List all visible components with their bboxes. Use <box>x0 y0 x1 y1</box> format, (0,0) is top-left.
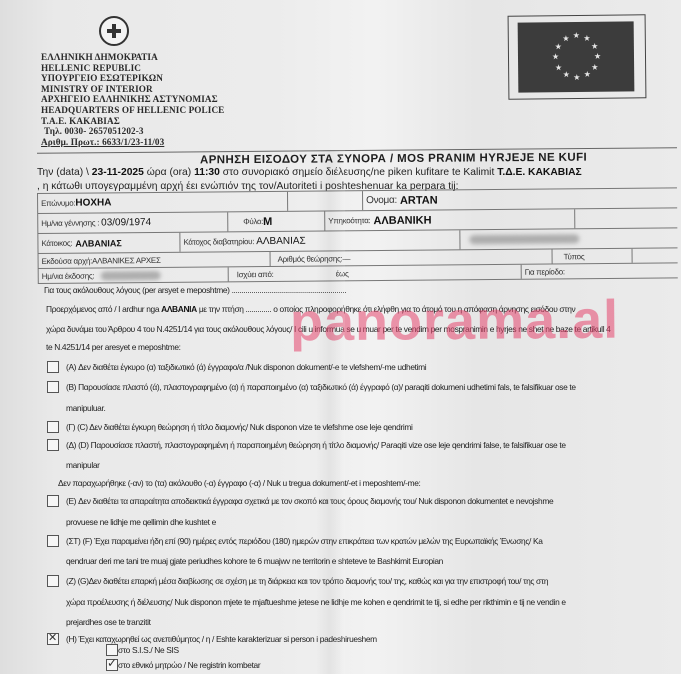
issuing-authority-label: Εκδούσα αρχή: <box>42 256 93 265</box>
surname-cell: Επώνυμο: HOXHA <box>37 192 287 213</box>
passport-holder-value: ΑΛΒΑΝΙΑΣ <box>256 236 306 247</box>
valid-from-label: Ισχύει από: <box>237 269 274 278</box>
reason-g-checkbox[interactable] <box>47 575 59 587</box>
reason-f-checkbox[interactable] <box>47 535 59 547</box>
reasons-paragraph-3: te N.4251/14 per aresyet e meposhtme: <box>46 342 181 352</box>
star-icon: ★ <box>584 71 591 79</box>
location-value: Τ.Δ.Ε. ΚΑΚΑΒΙΑΣ <box>497 167 582 178</box>
date-label: Την (data) \ <box>37 167 89 178</box>
header-line: HEADQUARTERS OF HELLENIC POLICE <box>41 105 224 116</box>
type-label: Τύπος <box>564 252 585 261</box>
header-line: MINISTRY OF INTERIOR <box>41 84 224 95</box>
reference-number: Αριθμ. Πρωτ.: 6633/1/23-11/03 <box>41 137 224 148</box>
reason-e-text: provuese ne lidhje me qellimin dhe kusht… <box>66 517 216 527</box>
name-label: Ονομα: <box>366 195 397 206</box>
issue-date-label: Ημ/νια έκδοσης: <box>42 271 95 280</box>
header-line: ΑΡΧΗΓΕΙΟ ΕΛΛΗΝΙΚΗΣ ΑΣΤΥΝΟΜΙΑΣ <box>41 94 224 105</box>
star-icon: ★ <box>562 35 569 43</box>
period-cell: Για περίοδο: <box>521 263 678 278</box>
eu-flag-frame: ★★★★★★★★★★★★ <box>508 14 647 99</box>
type-cell: Τύπος <box>552 249 632 264</box>
star-icon: ★ <box>594 53 601 61</box>
header-line: ΥΠΟΥΡΓΕΙΟ ΕΣΩΤΕΡΙΚΩΝ <box>41 73 224 84</box>
phone-number: Τηλ. 0030- 2657051202-3 <box>41 126 224 137</box>
star-icon: ★ <box>563 71 570 79</box>
reason-h-checkbox[interactable] <box>47 633 59 645</box>
document-title: ΑΡΝΗΣΗ ΕΙΣΟΔΟΥ ΣΤΑ ΣΥΝΟΡΑ / MOS PRANIM H… <box>200 152 587 167</box>
issuer-header: ΕΛΛΗΝΙΚΗ ΔΗΜΟΚΡΑΤΙΑ HELLENIC REPUBLIC ΥΠ… <box>41 52 224 147</box>
national-registry-checkbox[interactable] <box>106 659 118 671</box>
reason-e-checkbox[interactable] <box>47 495 59 507</box>
resident-cell: Κάτοικος: ΑΛΒΑΝΙΑΣ <box>37 233 179 253</box>
redacted-field <box>469 234 579 244</box>
eu-flag-icon: ★★★★★★★★★★★★ <box>518 21 635 92</box>
location-label: στο συνοριακό σημείο διέλευσης/ne piken … <box>223 167 495 178</box>
sex-cell: Φύλο: M <box>227 211 324 231</box>
date-value: 23-11-2025 <box>92 167 144 178</box>
time-value: 11:30 <box>194 167 220 178</box>
star-icon: ★ <box>555 64 562 72</box>
time-label: ώρα (ora) <box>147 167 191 178</box>
dob-label: Ημ/νια γέννησης : <box>41 218 99 228</box>
issue-date-cell: Ημ/νια έκδοσης: <box>38 267 228 283</box>
reason-f-text: (ΣΤ) (F) Έχει παραμείνει ήδη επί (90) ημ… <box>66 536 543 546</box>
reason-a-text: (A) Δεν διαθέτει έγκυρο (α) ταξιδιωτικό … <box>66 362 426 372</box>
header-line: ΕΛΛΗΝΙΚΗ ΔΗΜΟΚΡΑΤΙΑ <box>41 52 224 63</box>
nationality-value: ΑΛΒΑΝΙΚΗ <box>373 214 431 227</box>
star-icon: ★ <box>552 53 559 61</box>
reason-c-text: (Γ) (C) Δεν διαθέτει έγκυρη θεώρηση ή τί… <box>66 422 413 432</box>
paper-fold-shadow <box>315 150 345 674</box>
reason-f-text: qendruar deri me tani tre muaj gjate per… <box>66 556 443 566</box>
name-value: ARTAN <box>400 194 438 206</box>
resident-label: Κάτοικος: <box>41 239 72 248</box>
reason-e-text: (E) Δεν διαθέτει τα απαραίτητα αποδεικτι… <box>66 496 553 506</box>
empty-cell <box>574 208 677 228</box>
document-page: ΕΛΛΗΝΙΚΗ ΔΗΜΟΚΡΑΤΙΑ HELLENIC REPUBLIC ΥΠ… <box>0 0 681 674</box>
issuing-authority-value: ΑΛΒΑΝΙΚΕΣ ΑΡΧΕΣ <box>92 255 161 265</box>
reason-a-checkbox[interactable] <box>47 361 59 373</box>
sex-value: M <box>263 215 272 227</box>
redacted-field <box>100 270 160 280</box>
star-icon: ★ <box>555 43 562 51</box>
sex-label: Φύλο: <box>243 217 263 226</box>
period-label: Για περίοδο: <box>525 267 565 276</box>
reason-d-checkbox[interactable] <box>47 439 59 451</box>
reason-b-checkbox[interactable] <box>47 381 59 393</box>
greek-coat-of-arms-icon <box>99 16 129 46</box>
reason-d-text: manipular <box>66 460 100 470</box>
origin-country: ΑΛΒΑΝΙΑ <box>161 304 197 314</box>
valid-from-cell: Ισχύει από: <box>228 267 308 282</box>
origin-label: Προερχόμενος από / I ardhur nga <box>46 304 159 314</box>
star-icon: ★ <box>583 35 590 43</box>
dob-cell: Ημ/νια γέννησης : 03/09/1974 <box>37 212 227 233</box>
surname-value: HOXHA <box>75 197 111 208</box>
star-icon: ★ <box>591 63 598 71</box>
passport-holder-label: Κάτοχος διαβατηρίου: <box>183 237 254 247</box>
empty-cell <box>632 248 678 262</box>
star-icon: ★ <box>573 74 580 82</box>
reason-b-text: manipuluar. <box>66 403 105 413</box>
sis-label: στο S.I.S./ Ne SIS <box>118 645 179 655</box>
national-registry-label: στο εθνικό μητρώο / Ne registrin kombeta… <box>118 660 260 670</box>
intro-line-1: Την (data) \ 23-11-2025 ώρα (ora) 11:30 … <box>37 167 582 178</box>
documents-note: Δεν παραχωρήθηκε (-αν) το (τα) ακόλουθο … <box>58 478 421 488</box>
reason-g-text: prejardhes ose te tranzitit <box>66 617 151 627</box>
resident-value: ΑΛΒΑΝΙΑΣ <box>75 238 121 248</box>
reason-c-checkbox[interactable] <box>47 421 59 433</box>
header-line: Τ.Α.Ε. ΚΑΚΑΒΙΑΣ <box>41 116 224 127</box>
nationality-cell: Υπηκοότητα: ΑΛΒΑΝΙΚΗ <box>324 209 574 230</box>
dob-value: 03/09/1974 <box>101 217 151 228</box>
reason-g-text: (Z) (G)Δεν διαθέτει επαρκή μέσα διαβίωση… <box>66 576 548 586</box>
star-icon: ★ <box>573 32 580 40</box>
surname-label: Επώνυμο: <box>41 199 75 208</box>
sis-checkbox[interactable] <box>106 644 118 656</box>
redacted-cell <box>459 228 677 249</box>
header-line: HELLENIC REPUBLIC <box>41 63 224 74</box>
star-icon: ★ <box>591 42 598 50</box>
personal-details-table: Επώνυμο: HOXHA Ονομα: ARTAN Ημ/νια γέννη… <box>37 187 678 284</box>
